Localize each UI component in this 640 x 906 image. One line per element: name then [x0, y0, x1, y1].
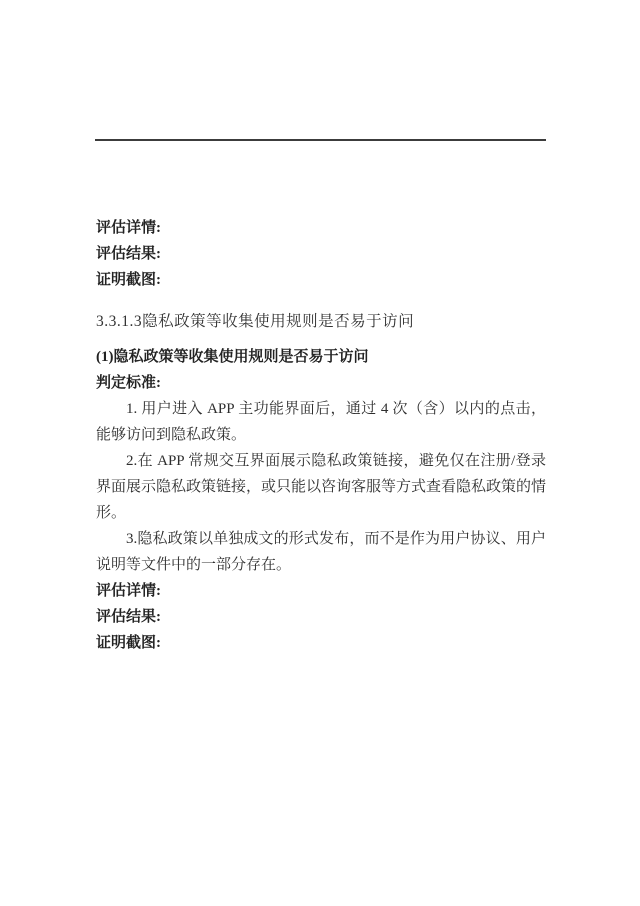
criterion-paragraph-2: 2.在 APP 常规交互界面展示隐私政策链接，避免仅在注册/登录界面展示隐私政策… — [96, 448, 546, 526]
clause-subheading: (1)隐私政策等收集使用规则是否易于访问 — [96, 344, 546, 370]
criterion-paragraph-3: 3.隐私政策以单独成文的形式发布，而不是作为用户协议、用户说明等文件中的一部分存… — [96, 526, 546, 578]
evidence-screenshot-label: 证明截图: — [96, 267, 546, 293]
assessment-result-label: 评估结果: — [96, 241, 546, 267]
evidence-screenshot-label: 证明截图: — [96, 630, 546, 656]
document-page: 评估详情: 评估结果: 证明截图: 3.3.1.3隐私政策等收集使用规则是否易于… — [0, 0, 640, 906]
criterion-paragraph-1: 1. 用户进入 APP 主功能界面后，通过 4 次（含）以内的点击，能够访问到隐… — [96, 396, 546, 448]
section-heading: 3.3.1.3隐私政策等收集使用规则是否易于访问 — [96, 309, 546, 335]
criteria-label: 判定标准: — [96, 370, 546, 396]
separator-line — [95, 139, 546, 141]
assessment-details-label: 评估详情: — [96, 578, 546, 604]
assessment-details-label: 评估详情: — [96, 215, 546, 241]
document-content: 评估详情: 评估结果: 证明截图: 3.3.1.3隐私政策等收集使用规则是否易于… — [96, 215, 546, 656]
assessment-result-label: 评估结果: — [96, 604, 546, 630]
